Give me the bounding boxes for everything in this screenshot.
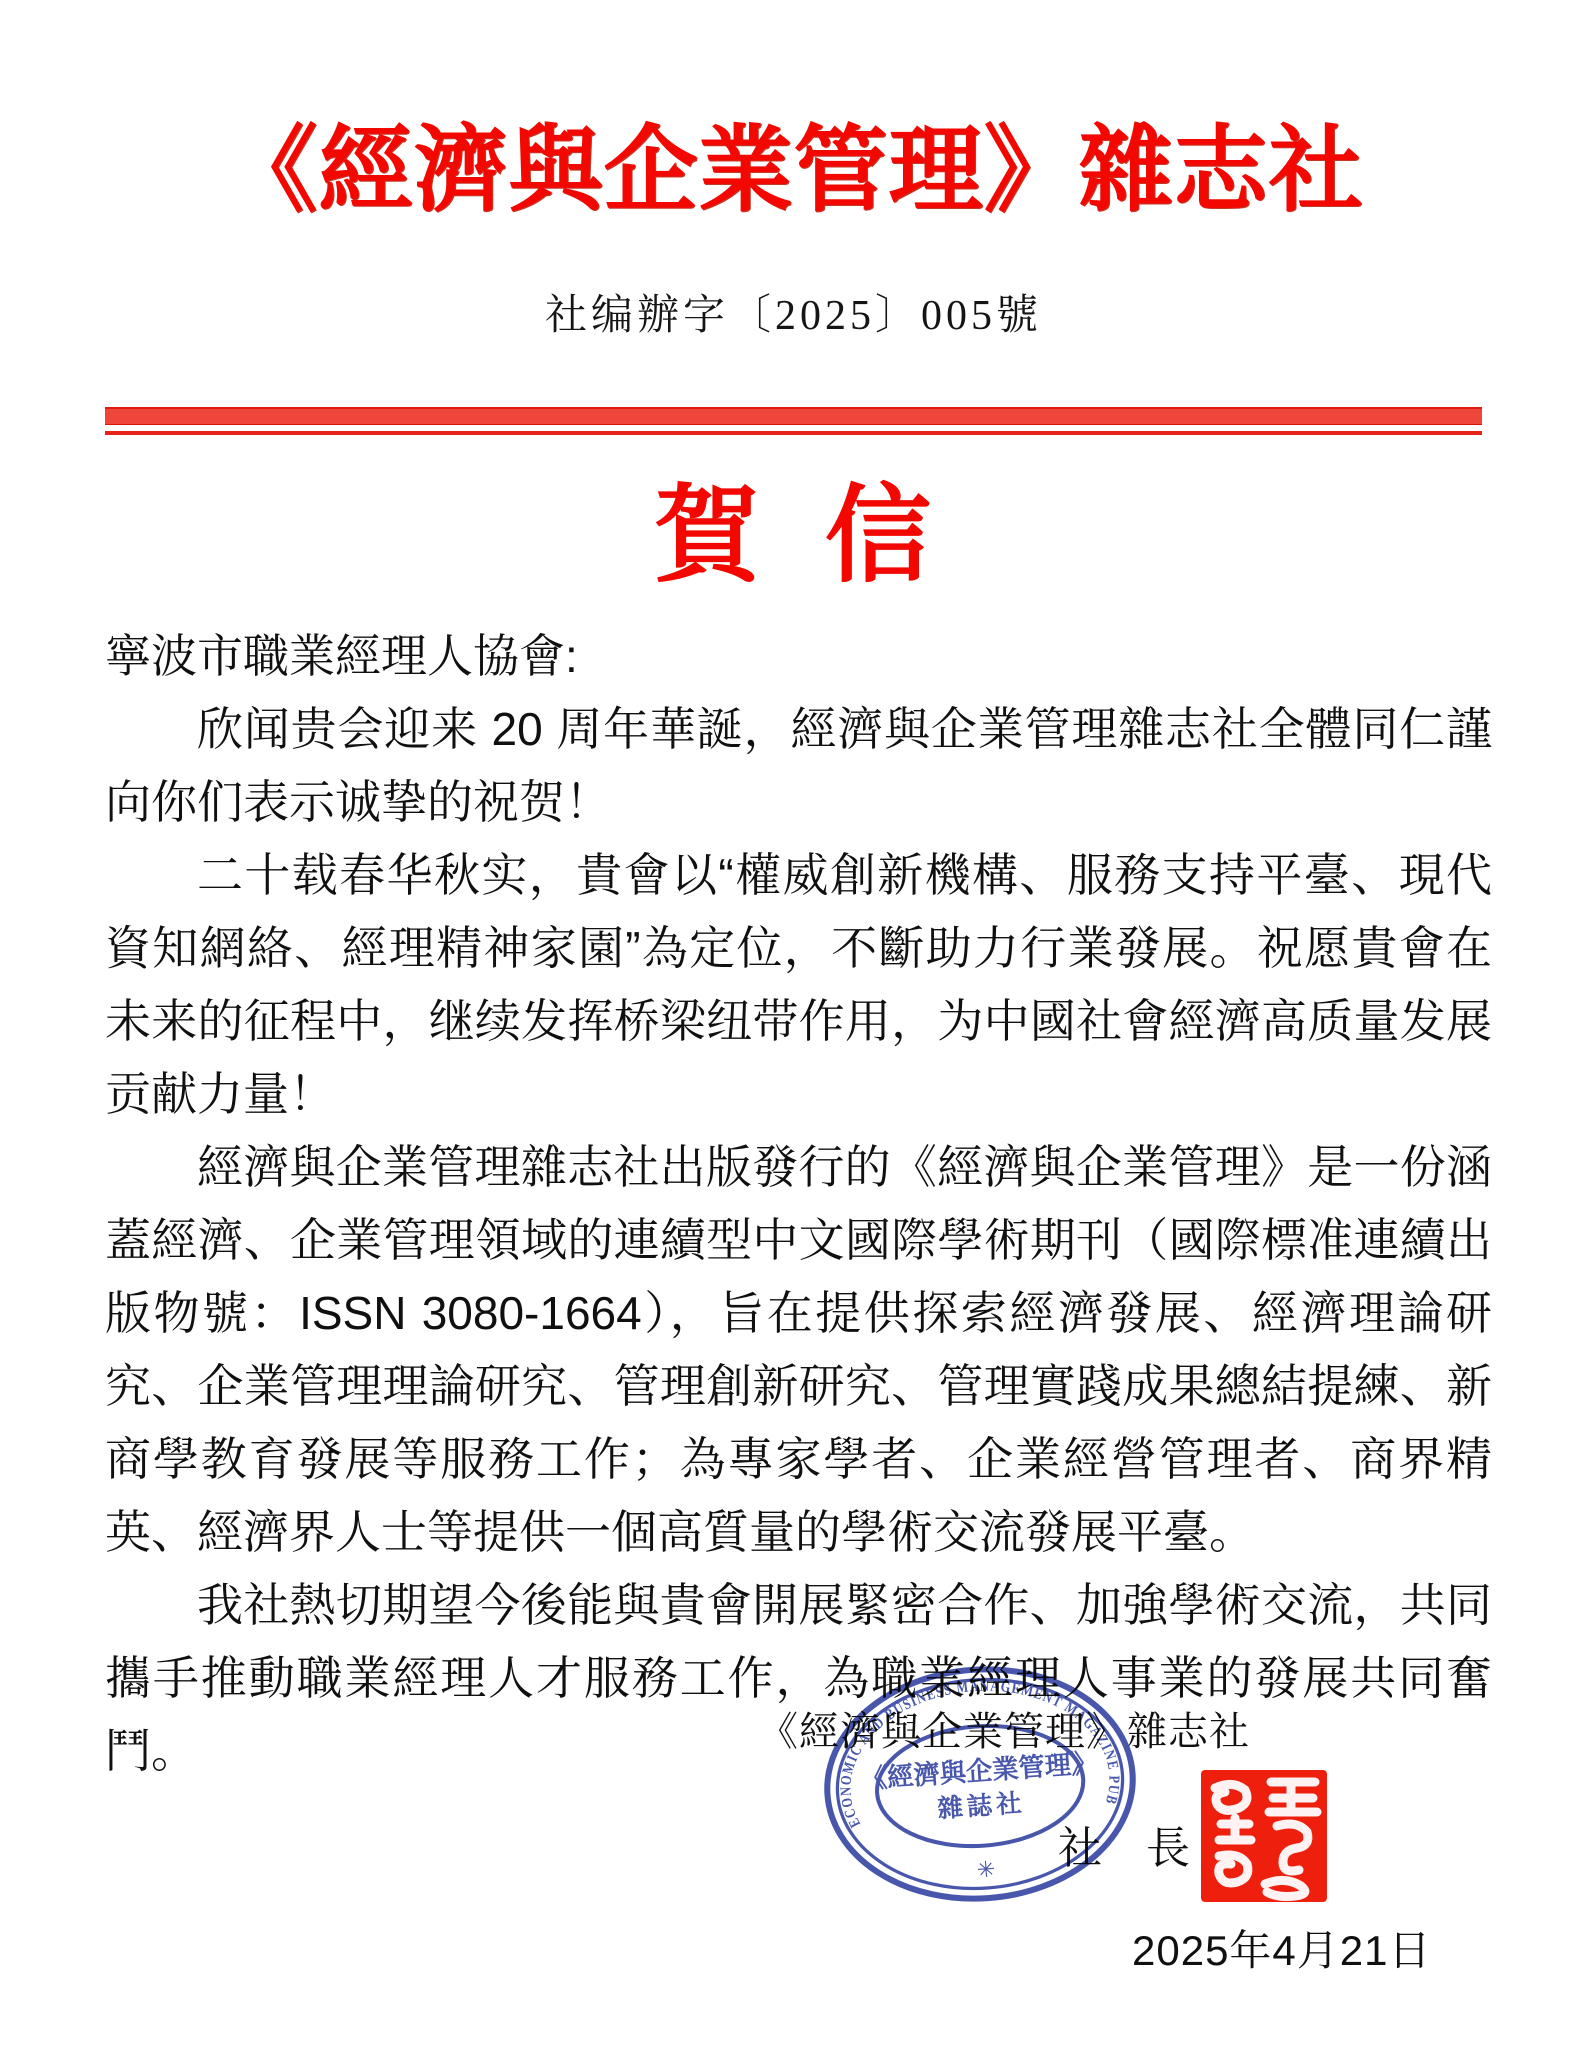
masthead-title: 《經濟與企業管理》雜志社 [0, 63, 1587, 228]
oval-stamp-inner-line2: 雜誌社 [937, 1788, 1027, 1823]
magazine-oval-stamp-icon: ECONOMIC AND BUSINESS MANAGEMENT MAGAZIN… [810, 1651, 1150, 1917]
signature-date: 2025年4月21日 [1132, 1918, 1432, 1978]
doc-number: 社编辦字〔2025〕005號 [0, 291, 1587, 341]
divider-thin-line [105, 431, 1482, 435]
red-divider [105, 407, 1482, 435]
divider-thick-line [105, 407, 1482, 425]
paragraph: 二十载春华秋实，貴會以“權威創新機構、服務支持平臺、現代資知網絡、經理精神家園”… [105, 839, 1492, 1131]
paragraph: 經濟與企業管理雜志社出版發行的《經濟與企業管理》是一份涵蓋經濟、企業管理領域的連… [105, 1131, 1492, 1569]
letter-body: 寧波市職業經理人協會: 欣闻贵会迎来 20 周年華誕，經濟與企業管理雜志社全體同… [0, 620, 1587, 1788]
president-seal-icon [1199, 1768, 1329, 1904]
salutation: 寧波市職業經理人協會: [105, 620, 1492, 693]
letter-heading: 賀 信 [0, 479, 1587, 593]
letter-page: 《經濟與企業管理》雜志社 社编辦字〔2025〕005號 賀 信 寧波市職業經理人… [0, 0, 1587, 2060]
paragraph: 欣闻贵会迎来 20 周年華誕，經濟與企業管理雜志社全體同仁謹向你们表示诚挚的祝贺… [105, 693, 1492, 839]
oval-stamp-star-icon: ✳ [976, 1856, 996, 1882]
